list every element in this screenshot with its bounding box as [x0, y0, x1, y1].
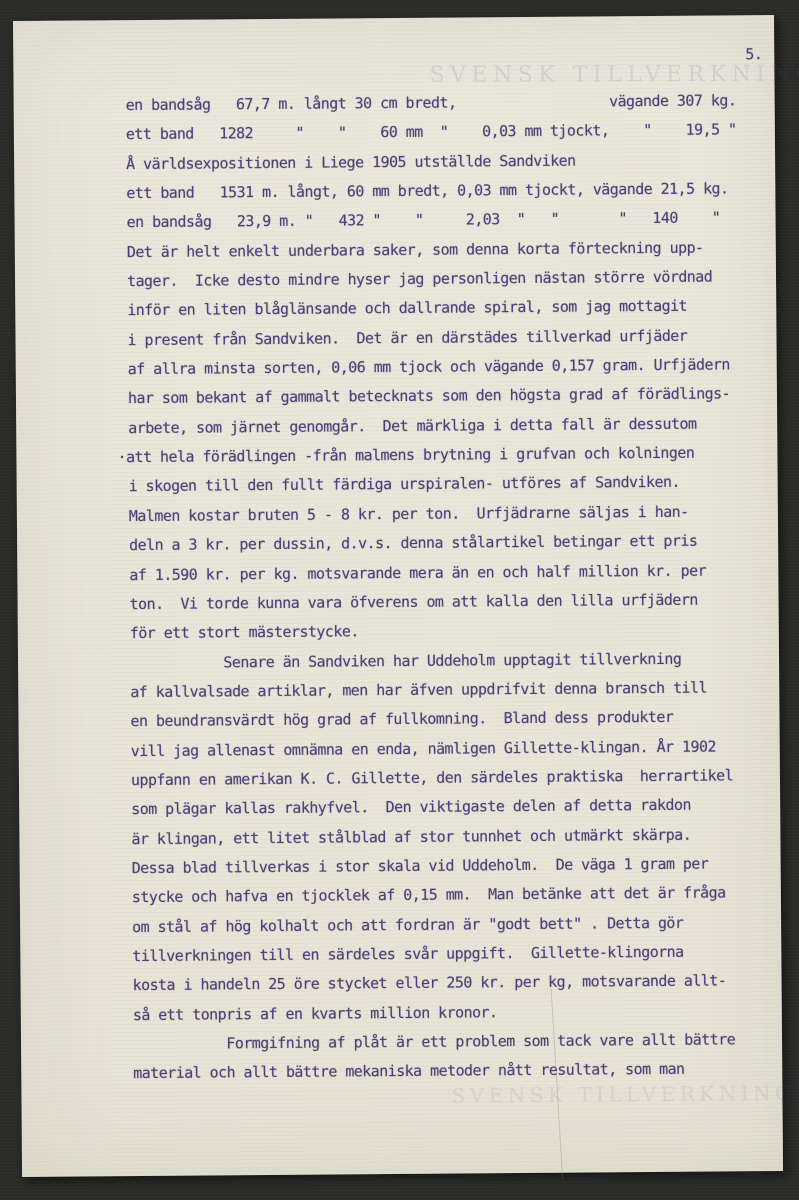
- text-line: är klingan, ett litet stålblad af stor t…: [131, 820, 742, 854]
- text-line: af 1.590 kr. per kg. motsvarande mera än…: [129, 556, 740, 590]
- text-line: stycke och hafva en tjocklek af 0,15 mm.…: [132, 879, 743, 913]
- scanned-page: 5. SVENSK TILLVERKNING en bandsåg 67,7 m…: [13, 15, 783, 1177]
- text-line: ett band 1531 m. långt, 60 mm bredt, 0,0…: [126, 174, 737, 208]
- text-line: af kallvalsade artiklar, men har äfven u…: [130, 673, 741, 707]
- text-line: af allra minsta sorten, 0,06 mm tjock oc…: [128, 350, 739, 384]
- text-line: tager. Icke desto mindre hyser jag perso…: [127, 262, 738, 296]
- text-line: som plägar kallas rakhyfvel. Den viktiga…: [131, 791, 742, 825]
- text-line: deln a 3 kr. per dussin, d.v.s. denna st…: [129, 526, 740, 560]
- text-line: för ett stort mästerstycke.: [130, 614, 741, 648]
- text-line: ·att hela förädlingen -från malmens bryt…: [128, 438, 739, 472]
- text-line: uppfann en amerikan K. C. Gillette, den …: [131, 761, 742, 795]
- text-line: Malmen kostar bruten 5 - 8 kr. per ton. …: [129, 497, 740, 531]
- text-line: ett band 1282 " " 60 mm " 0,03 mm tjockt…: [126, 116, 737, 150]
- page-number: 5.: [745, 45, 762, 63]
- text-line: Dessa blad tillverkas i stor skala vid U…: [132, 849, 743, 883]
- bleed-through-text-top: SVENSK TILLVERKNING: [429, 62, 799, 88]
- text-line: Å världsexpositionen i Liege 1905 utstäl…: [126, 145, 737, 179]
- text-line: material och allt bättre mekaniska metod…: [133, 1055, 744, 1089]
- scanner-background: { "document": { "page_number": "5.", "wa…: [0, 0, 799, 1200]
- text-line: en beundransvärdt hög grad af fullkomnin…: [130, 703, 741, 737]
- text-line: vill jag allenast omnämna en enda, nämli…: [131, 732, 742, 766]
- text-line: en bandsåg 23,9 m. " 432 " " 2,03 " " " …: [126, 204, 737, 238]
- text-line: så ett tonpris af en kvarts million kron…: [133, 996, 744, 1030]
- typewritten-text: en bandsåg 67,7 m. långt 30 cm bredt, vä…: [126, 86, 744, 1088]
- text-line: kosta i handeln 25 öre stycket eller 250…: [132, 967, 743, 1001]
- text-line: i present från Sandviken. Det är en därs…: [127, 321, 738, 355]
- text-line: inför en liten blåglänsande och dallrand…: [127, 292, 738, 326]
- text-line: har som bekant af gammalt betecknats som…: [128, 380, 739, 414]
- text-line: tillverkningen till en särdeles svår upp…: [132, 937, 743, 971]
- text-line: arbete, som järnet genomgår. Det märklig…: [128, 409, 739, 443]
- text-line: i skogen till den fullt färdiga urspiral…: [129, 468, 740, 502]
- text-line: Senare än Sandviken har Uddeholm upptagi…: [130, 644, 741, 678]
- text-line: om stål af hög kolhalt och att fordran ä…: [132, 908, 743, 942]
- text-line: ton. Vi torde kunna vara öfverens om att…: [129, 585, 740, 619]
- text-line: Det är helt enkelt underbara saker, som …: [127, 233, 738, 267]
- text-line: Formgifning af plåt är ett problem som t…: [133, 1025, 744, 1059]
- text-line: en bandsåg 67,7 m. långt 30 cm bredt, vä…: [126, 86, 737, 120]
